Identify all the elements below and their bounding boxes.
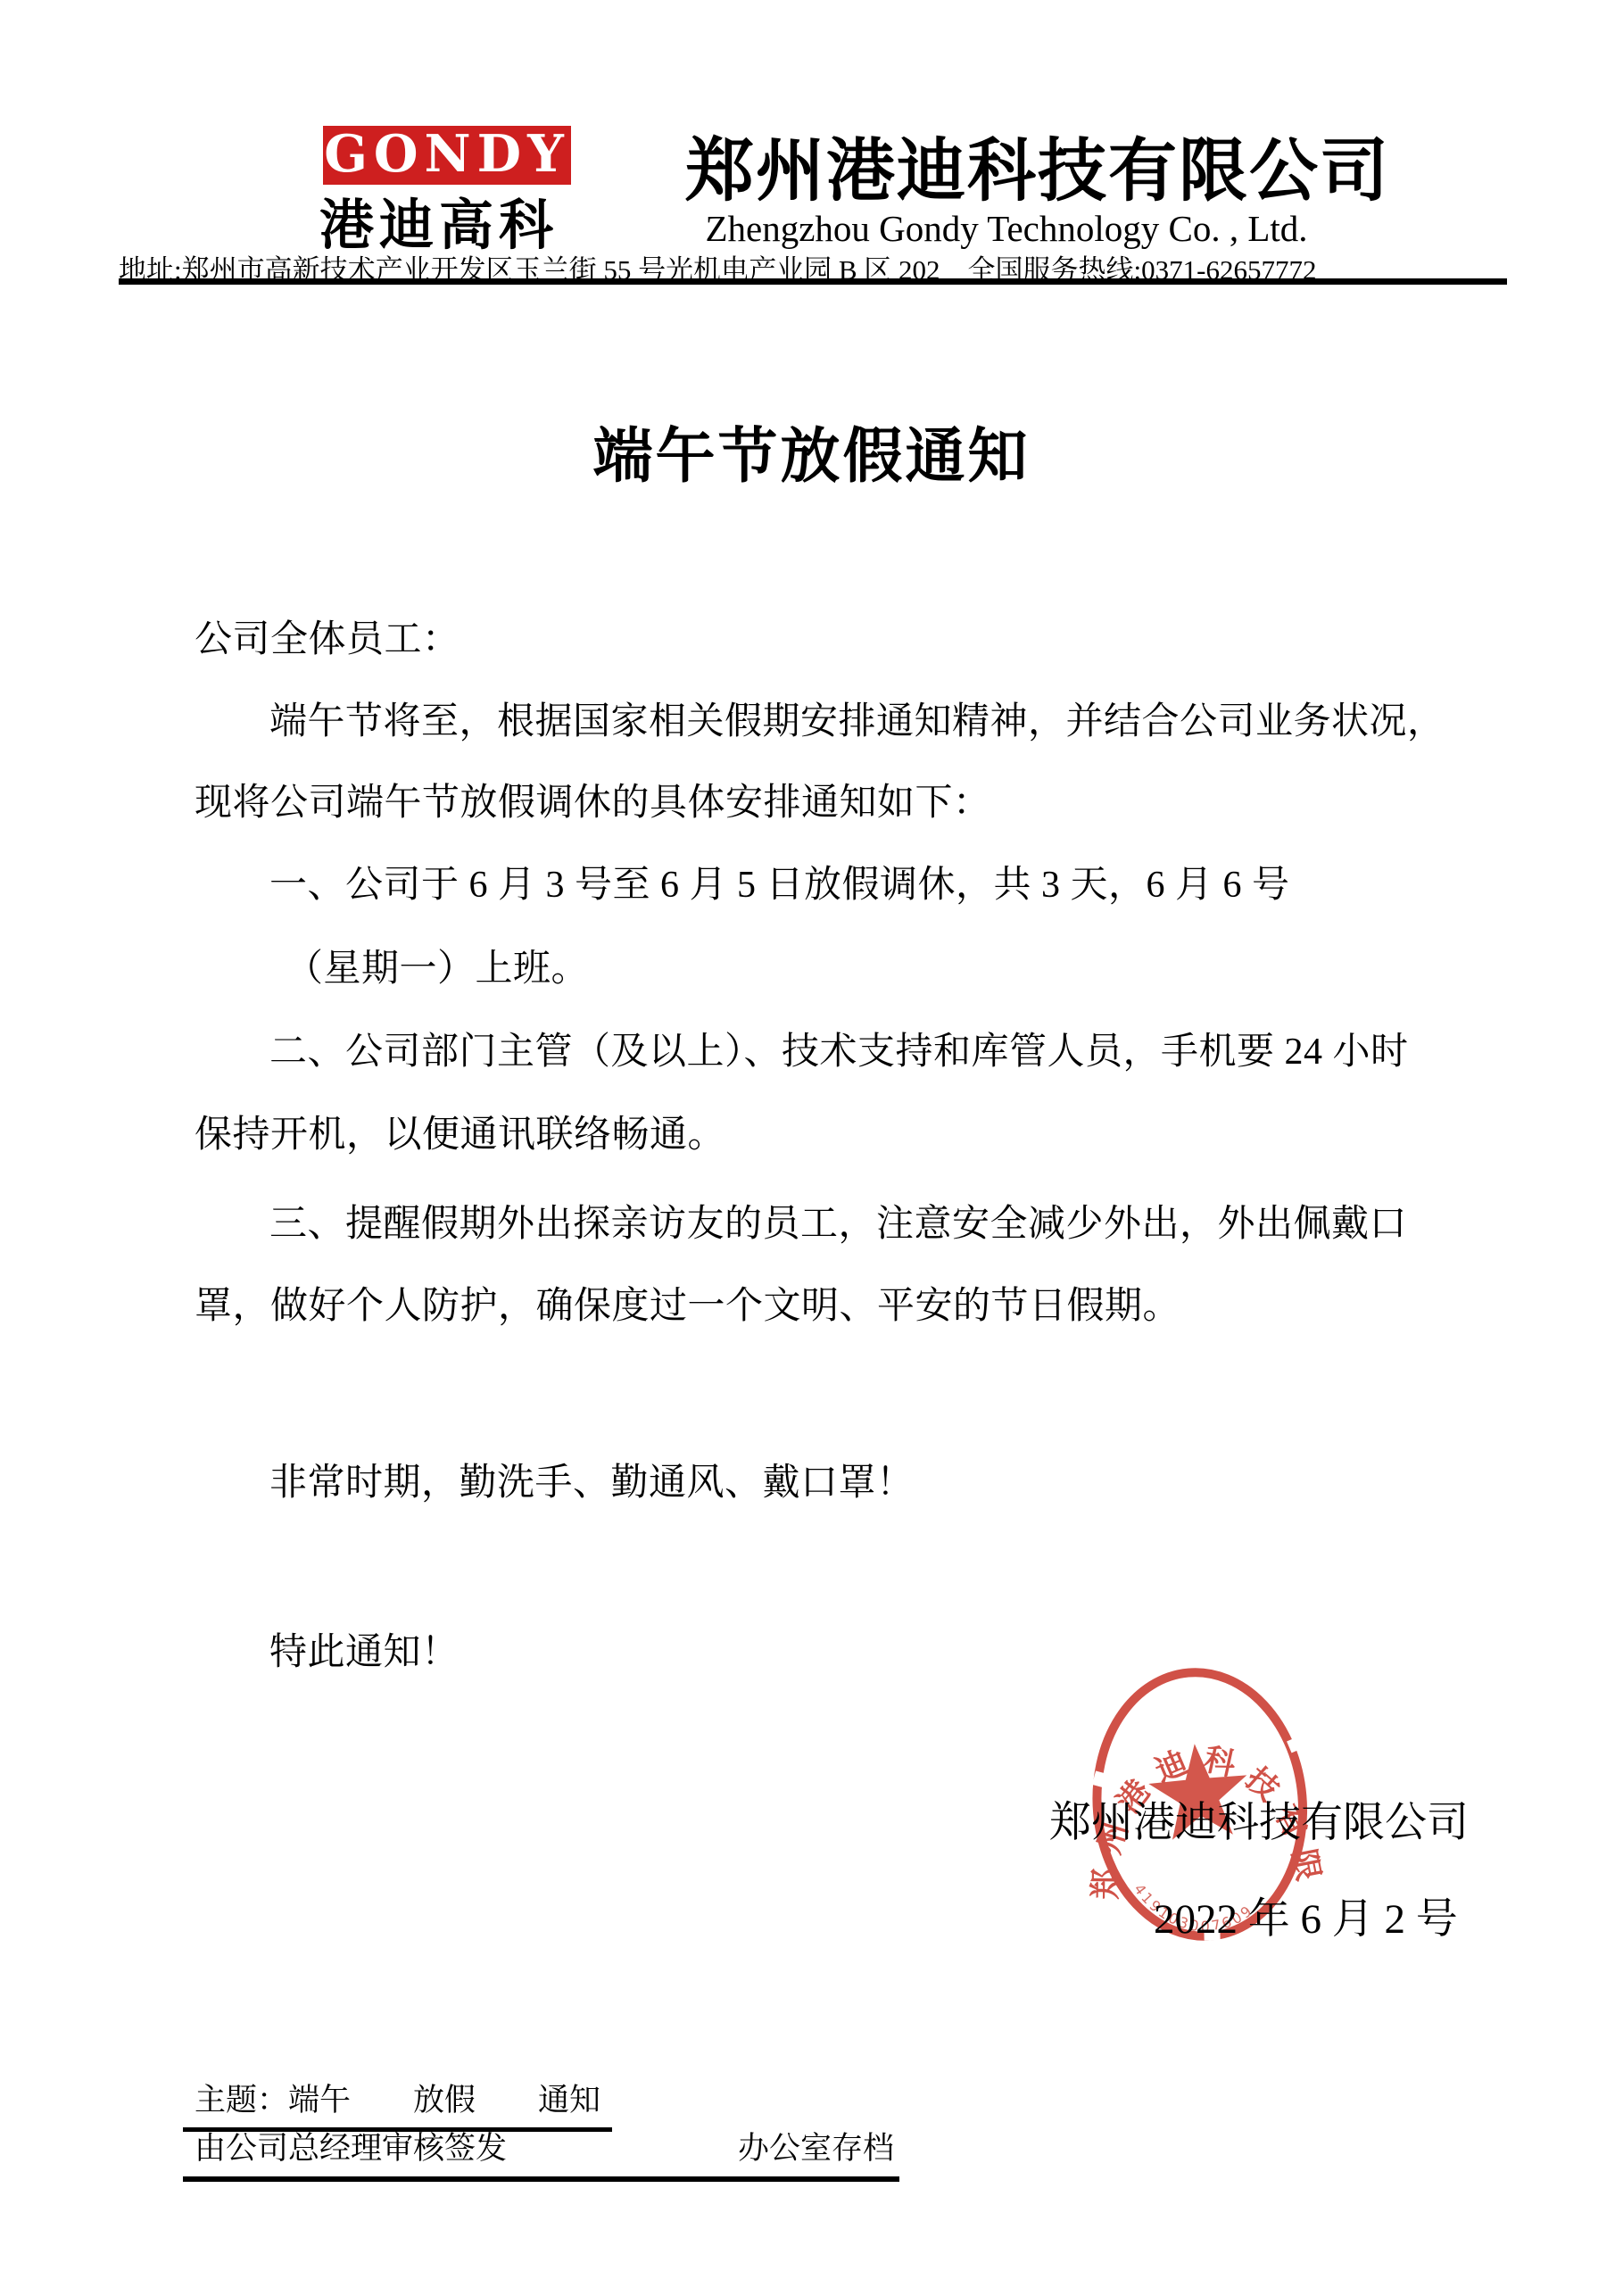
item-3-line-1: 三、提醒假期外出探亲访友的员工，注意安全减少外出，外出佩戴口 (269, 1194, 1407, 1247)
closing-line: 特此通知！ (269, 1622, 460, 1676)
footer-archive-right: 办公室存档 (738, 2124, 894, 2168)
item-1-line-1: 一、公司于 6 月 3 号至 6 月 5 日放假调休，共 3 天，6 月 6 号 (269, 855, 1290, 908)
item-2-line-1: 二、公司部门主管（及以上）、技术支持和库管人员，手机要 24 小时 (269, 1022, 1409, 1075)
document-title: 端午节放假通知 (0, 409, 1623, 494)
footer-approval-line: 由公司总经理审核签发 办公室存档 (183, 2124, 899, 2182)
company-name-en: Zhengzhou Gondy Technology Co. , Ltd. (685, 207, 1328, 250)
health-reminder-line: 非常时期，勤洗手、勤通风、戴口罩！ (269, 1453, 915, 1506)
intro-line-2: 现将公司端午节放假调休的具体安排通知如下： (195, 773, 991, 826)
item-1-line-2: （星期一）上班。 (286, 939, 589, 992)
company-seal-stamp: 郑州港迪科技有限公司 419103007609 (1061, 1647, 1339, 1966)
logo-text-en: GONDY (324, 124, 570, 184)
footer-approval-left: 由公司总经理审核签发 (195, 2124, 507, 2168)
item-3-line-2: 罩，做好个人防护，确保度过一个文明、平安的节日假期。 (195, 1276, 1180, 1330)
item-2-line-2: 保持开机，以便通讯联络畅通。 (195, 1105, 725, 1158)
company-name-cn: 郑州港迪科技有限公司 (685, 116, 1328, 215)
salutation-line: 公司全体员工： (195, 609, 460, 663)
company-logo: GONDY (323, 126, 571, 185)
header-divider-rule (119, 278, 1507, 285)
notice-document-page: GONDY 港迪高科 郑州港迪科技有限公司 Zhengzhou Gondy Te… (0, 0, 1623, 2296)
intro-line-1: 端午节将至，根据国家相关假期安排通知精神，并结合公司业务状况， (269, 692, 1445, 745)
